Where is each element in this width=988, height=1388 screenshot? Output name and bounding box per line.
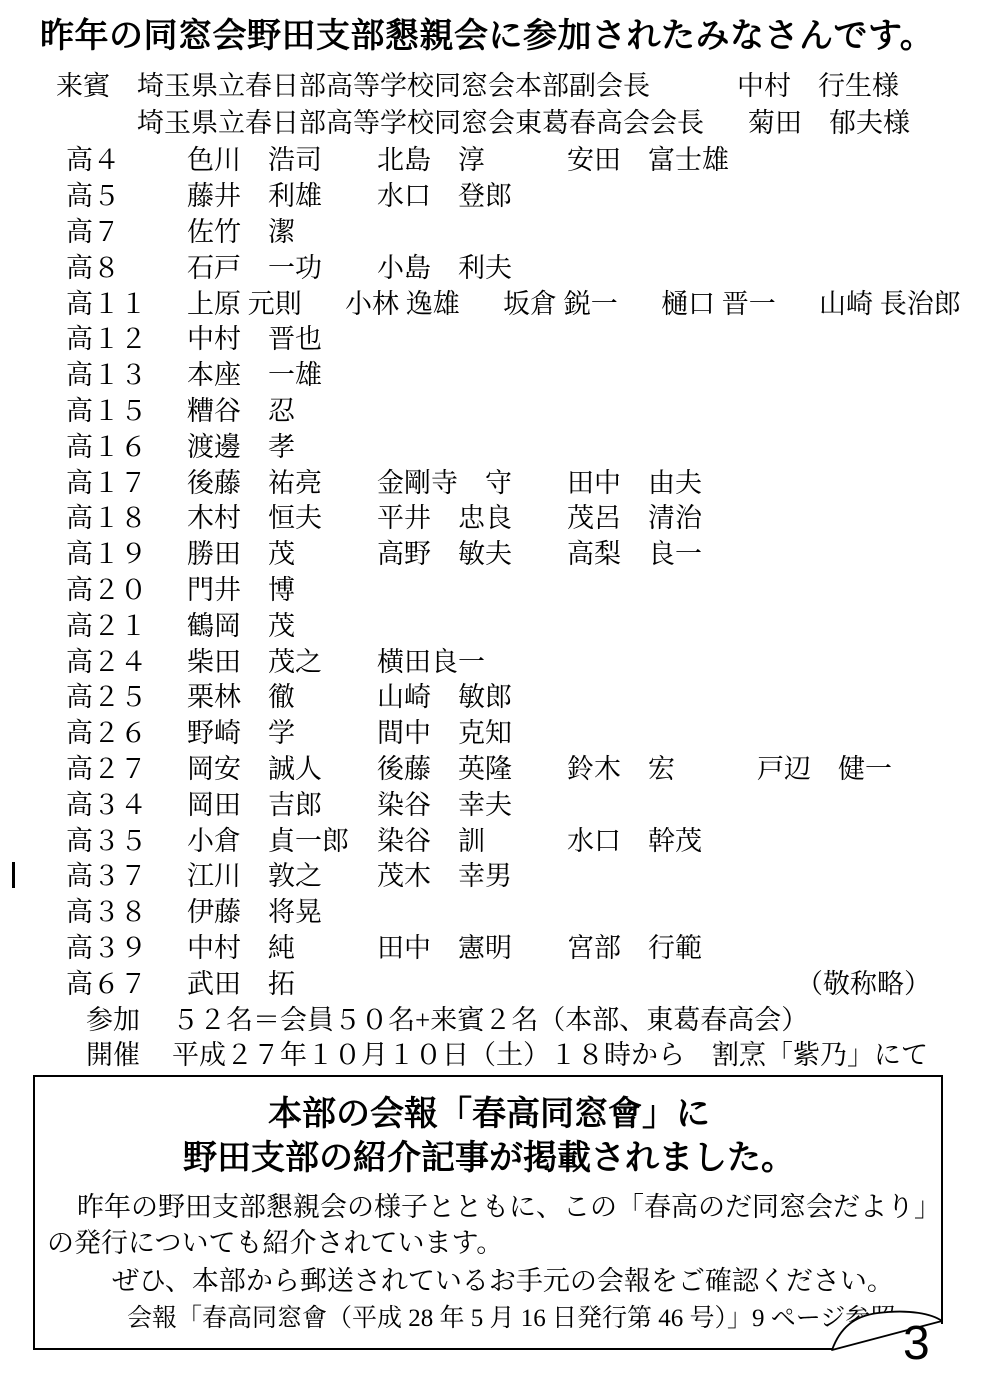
attendee-row: 高８石戸 一功小島 利夫 (0, 247, 988, 283)
notice-body-line1: 昨年の野田支部懇親会の様子とともに、この「春高のだ同窓会だより」 (35, 1189, 943, 1225)
attendee-name: 平井 忠良 (377, 496, 567, 535)
attendee-name: 色川 浩司 (187, 138, 377, 177)
attendee-name: 戸辺 健一 (757, 747, 947, 786)
attendee-row: 高２５栗林 徹山崎 敏郎 (0, 677, 988, 713)
attendee-row: 高１８木村 恒夫平井 忠良茂呂 清治 (0, 498, 988, 534)
attendee-year: 高６７ (66, 962, 187, 1001)
notice-body-line3: ぜひ、本部から郵送されているお手元の会報をご確認ください。 (35, 1263, 943, 1299)
attendee-name: 小倉 貞一郎 (187, 819, 377, 858)
attendee-name: 高野 敏夫 (377, 532, 567, 571)
attendee-row: 高３９中村 純田中 憲明宮部 行範 (0, 928, 988, 964)
attendee-year: 高４ (66, 138, 187, 177)
attendee-name: 間中 克知 (377, 711, 567, 750)
attendee-name: 鶴岡 茂 (187, 604, 377, 643)
summary-row: 開催平成２７年１０月１０日（土）１８時から 割烹「紫乃」にて (0, 1035, 988, 1071)
guest-row: 埼玉県立春日部高等学校同窓会東葛春高会会長菊田 郁夫様 (0, 101, 988, 138)
attendee-name: 石戸 一功 (187, 246, 377, 285)
attendee-name: 高梨 良一 (567, 532, 757, 571)
attendee-name: 本座 一雄 (187, 353, 377, 392)
attendee-name: 勝田 茂 (187, 532, 377, 571)
attendee-name: 山崎 敏郎 (377, 675, 567, 714)
attendee-name: 野崎 学 (187, 711, 377, 750)
attendee-name: 水口 登郎 (377, 174, 567, 213)
attendee-year: 高３９ (66, 926, 187, 965)
attendee-name: 北島 淳 (377, 138, 567, 177)
attendee-name: 横田良一 (377, 640, 567, 679)
attendee-row: 高３７江川 敦之茂木 幸男 (0, 856, 988, 892)
attendee-year: 高１５ (66, 389, 187, 428)
attendee-name: 鈴木 宏 (567, 747, 757, 786)
attendee-year: 高１９ (66, 532, 187, 571)
attendee-name: 渡邊 孝 (187, 425, 377, 464)
attendee-year: 高７ (66, 210, 187, 249)
honorifics-note: （敬称略） (796, 962, 931, 1001)
notice-body-line2: の発行についても紹介されています。 (35, 1225, 943, 1261)
attendee-name: 茂木 幸男 (377, 854, 567, 893)
attendee-name: 伊藤 将晃 (187, 890, 377, 929)
attendee-row: 高１１上原 元則小林 逸雄坂倉 鋭一樋口 晋一山崎 長治郎 (0, 283, 988, 319)
attendee-name: 木村 恒夫 (187, 496, 377, 535)
attendee-name: 水口 幹茂 (567, 819, 757, 858)
guest-row: 来賓埼玉県立春日部高等学校同窓会本部副会長中村 行生様 (0, 64, 988, 101)
attendee-row: 高２４柴田 茂之横田良一 (0, 641, 988, 677)
attendee-row: 高２６野崎 学間中 克知 (0, 713, 988, 749)
attendee-row: 高１５糟谷 忍 (0, 391, 988, 427)
attendee-year: 高８ (66, 246, 187, 285)
attendee-name: 山崎 長治郎 (819, 282, 977, 321)
notice-box-bottom-border (35, 1348, 834, 1350)
attendee-name: 田中 由夫 (567, 461, 757, 500)
summary-text: ５２名＝会員５０名+来賓２名（本部、東葛春高会） (172, 998, 808, 1037)
attendee-name: 後藤 英隆 (377, 747, 567, 786)
attendee-name: 田中 憲明 (377, 926, 567, 965)
attendee-year: 高１２ (66, 317, 187, 356)
attendee-year: 高５ (66, 174, 187, 213)
attendee-name: 染谷 幸夫 (377, 783, 567, 822)
attendee-row: 高５藤井 利雄水口 登郎 (0, 176, 988, 212)
attendee-row: 高３５小倉 貞一郎染谷 訓水口 幹茂 (0, 820, 988, 856)
document-page: 昨年の同窓会野田支部懇親会に参加されたみなさんです。 来賓埼玉県立春日部高等学校… (0, 0, 988, 1388)
guest-section: 来賓埼玉県立春日部高等学校同窓会本部副会長中村 行生様埼玉県立春日部高等学校同窓… (0, 64, 988, 138)
attendee-name: 佐竹 潔 (187, 210, 377, 249)
attendee-year: 高２１ (66, 604, 187, 643)
summary-label: 開催 (86, 1033, 172, 1072)
guest-name: 菊田 郁夫様 (748, 101, 910, 140)
attendee-row: 高１６渡邊 孝 (0, 426, 988, 462)
attendee-name: 栗林 徹 (187, 675, 377, 714)
attendee-year: 高２４ (66, 640, 187, 679)
guest-name: 中村 行生様 (737, 64, 899, 103)
attendee-name: 江川 敦之 (187, 854, 377, 893)
attendee-year: 高３４ (66, 783, 187, 822)
notice-box: 本部の会報「春高同窓會」に 野田支部の紹介記事が掲載されました。 昨年の野田支部… (33, 1075, 943, 1350)
attendee-row: 高３４岡田 吉郎染谷 幸夫 (0, 784, 988, 820)
attendee-name: 柴田 茂之 (187, 640, 377, 679)
attendee-name: 小島 利夫 (377, 246, 567, 285)
notice-heading-line2: 野田支部の紹介記事が掲載されました。 (35, 1137, 943, 1181)
attendee-row: 高３８伊藤 将晃 (0, 892, 988, 928)
attendee-name: 藤井 利雄 (187, 174, 377, 213)
notice-heading-line1: 本部の会報「春高同窓會」に (35, 1093, 943, 1137)
attendee-name: 樋口 晋一 (661, 282, 819, 321)
attendee-name: 後藤 祐亮 (187, 461, 377, 500)
left-margin-mark (12, 862, 15, 888)
attendee-row: 高１９勝田 茂高野 敏夫高梨 良一 (0, 534, 988, 570)
guest-label: 来賓 (56, 64, 110, 103)
attendee-year: 高２０ (66, 568, 187, 607)
attendee-name: 染谷 訓 (377, 819, 567, 858)
attendee-year: 高１７ (66, 461, 187, 500)
attendee-year: 高３８ (66, 890, 187, 929)
attendee-row: 高１７後藤 祐亮金剛寺 守田中 由夫 (0, 462, 988, 498)
attendee-name: 宮部 行範 (567, 926, 757, 965)
guest-organization: 埼玉県立春日部高等学校同窓会東葛春高会会長 (137, 101, 704, 140)
attendee-name: 上原 元則 (187, 282, 345, 321)
attendee-year: 高２６ (66, 711, 187, 750)
attendee-row: 高６７武田 拓（敬称略） (0, 963, 988, 999)
attendee-name: 岡安 誠人 (187, 747, 377, 786)
attendee-name: 武田 拓 (187, 962, 377, 1001)
attendee-year: 高１８ (66, 496, 187, 535)
summary-text: 平成２７年１０月１０日（土）１８時から 割烹「紫乃」にて (172, 1033, 928, 1072)
attendee-year: 高１６ (66, 425, 187, 464)
attendee-year: 高３５ (66, 819, 187, 858)
page-title: 昨年の同窓会野田支部懇親会に参加されたみなさんです。 (40, 8, 934, 57)
attendee-name: 中村 純 (187, 926, 377, 965)
notice-reference: 会報「春高同窓會（平成 28 年 5 月 16 日発行第 46 号）」9 ページ… (35, 1301, 943, 1337)
attendee-year: 高２７ (66, 747, 187, 786)
attendee-row: 高２１鶴岡 茂 (0, 605, 988, 641)
attendee-row: 高７佐竹 潔 (0, 212, 988, 248)
attendee-year: 高２５ (66, 675, 187, 714)
attendee-name: 門井 博 (187, 568, 377, 607)
attendee-year: 高３７ (66, 854, 187, 893)
attendee-year: 高１３ (66, 353, 187, 392)
attendee-name: 安田 富士雄 (567, 138, 757, 177)
attendee-row: 高２７岡安 誠人後藤 英隆鈴木 宏戸辺 健一 (0, 749, 988, 785)
attendee-name: 小林 逸雄 (345, 282, 503, 321)
attendee-name: 茂呂 清治 (567, 496, 757, 535)
page-number: 3 (903, 1320, 930, 1368)
summary-label: 参加 (86, 998, 172, 1037)
attendee-row: 高４色川 浩司北島 淳安田 富士雄 (0, 140, 988, 176)
attendee-row: 高１３本座 一雄 (0, 355, 988, 391)
attendee-row: 高１２中村 晋也 (0, 319, 988, 355)
attendee-name: 中村 晋也 (187, 317, 377, 356)
attendee-name: 坂倉 鋭一 (503, 282, 661, 321)
guest-organization: 埼玉県立春日部高等学校同窓会本部副会長 (137, 64, 650, 103)
attendee-year: 高１１ (66, 282, 187, 321)
attendee-name: 糟谷 忍 (187, 389, 377, 428)
attendee-list: 高４色川 浩司北島 淳安田 富士雄高５藤井 利雄水口 登郎高７佐竹 潔高８石戸 … (0, 140, 988, 1071)
attendee-name: 岡田 吉郎 (187, 783, 377, 822)
summary-row: 参加５２名＝会員５０名+来賓２名（本部、東葛春高会） (0, 999, 988, 1035)
attendee-name: 金剛寺 守 (377, 461, 567, 500)
attendee-row: 高２０門井 博 (0, 570, 988, 606)
